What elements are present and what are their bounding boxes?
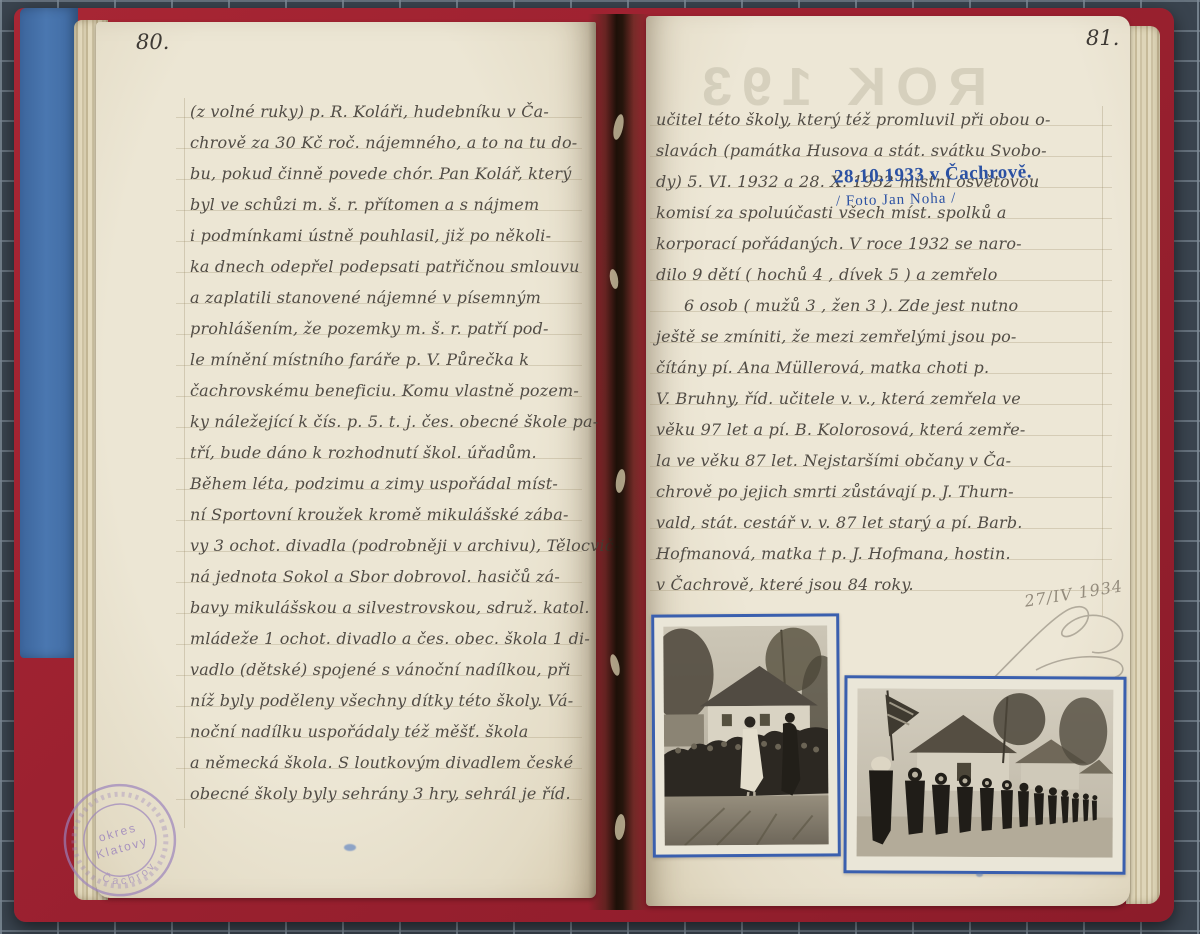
handwriting-line: byl ve schůzi m. š. r. přítomen a s nájm… [190,189,590,220]
handwriting-line: vy 3 ochot. divadla (podrobněji v archiv… [190,530,590,561]
margin-line [184,98,185,828]
outbuilding [664,714,704,746]
woman-head [744,716,755,727]
handwriting-line: ná jednota Sokol a Sbor dobrovol. hasičů… [190,561,590,592]
handwriting-line: mládeže 1 ochot. divadlo a čes. obec. šk… [190,623,590,654]
handwriting-line: ní Sportovní kroužek kromě mikulášské zá… [190,499,590,530]
handwriting-line: (z volné ruky) p. R. Koláři, hudebníku v… [190,96,590,127]
man-head [785,713,795,723]
helmet [871,756,891,772]
handwriting-line: bu, pokud činně povede chór. Pan Kolář, … [190,158,590,189]
photo-caption-photographer: / Foto Jan Noha / [836,190,957,210]
photo-frame-left [651,613,841,857]
handwriting-line: vald, stát. cestář v. v. 87 let starý a … [656,507,1106,538]
house-window [760,714,770,726]
dirt-road [664,795,828,845]
handwriting-line: bavy mikulášskou a silvestrovskou, sdruž… [190,592,590,623]
page-80: 80. (z volné ruky) p. R. Koláři, hudební… [96,22,596,898]
handwriting-line: Hofmanová, matka † p. J. Hofmana, hostin… [656,538,1106,569]
handwriting-line: níž byly poděleny všechny dítky této ško… [190,685,590,716]
torn-paper-shred [614,468,626,493]
torn-paper-shred [608,268,619,289]
tree-center [993,693,1045,745]
handwriting-line: i podmínkami ústně pouhlasil, již po něk… [190,220,590,251]
handwriting-line: Během léta, podzimu a zimy uspořádal mís… [190,468,590,499]
handwriting-line: ka dnech odepřel podepsati patřičnou sml… [190,251,590,282]
handwriting-line: věku 97 let a pí. B. Kolorosová, která z… [656,414,1106,445]
handwriting-line: a německá škola. S loutkovým divadlem če… [190,747,590,778]
handwriting-line: V. Bruhny, říd. učitele v. v., která zem… [656,383,1106,414]
handwriting-line: noční nadílku uspořádaly též měšť. škola [190,716,590,747]
handwriting-line: obecné školy byly sehrány 3 hry, sehrál … [190,778,590,809]
handwriting-line: korporací pořádaných. V roce 1932 se nar… [656,228,1106,259]
photo-crowd-ceremony [663,625,829,845]
binding-gutter [588,14,650,910]
torn-paper-shred [614,814,627,841]
page-number-left: 80. [136,30,169,54]
handwriting-line: čítány pí. Ana Müllerová, matka choti p. [656,352,1106,383]
handwriting-line: prohlášením, že pozemky m. š. r. patří p… [190,313,590,344]
handwriting-line: učitel této školy, který též promluvil p… [656,104,1106,135]
tree-right [1059,697,1107,765]
ink-smudge [976,872,983,877]
handwriting-line: a zaplatili stanovené nájemné v písemným [190,282,590,313]
handwriting-line: vadlo (dětské) spojené s vánoční nadílko… [190,654,590,685]
handwriting-line: 6 osob ( mužů 3 , žen 3 ). Zde jest nutn… [656,290,1106,321]
book-spine-blue-cloth [20,8,78,658]
page-stack-edge-right [1126,26,1160,904]
house-wall-2 [1021,763,1079,789]
photo-frame-right [843,675,1126,874]
handwriting-line: chrově po jejich smrti zůstávají p. J. T… [656,476,1106,507]
handwriting-line: la ve věku 87 let. Nejstaršími občany v … [656,445,1106,476]
handwriting-line: slavách (památka Husova a stát. svátku S… [656,135,1106,166]
handwriting-line: le mínění místního faráře p. V. Půrečka … [190,344,590,375]
handwriting-line: ky náležející k čís. p. 5. t. j. čes. ob… [190,406,590,437]
handwriting-line: ještě se zmíniti, že mezi zemřelými jsou… [656,321,1106,352]
scanned-chronicle-photo: { "book": { "left_page": { "page_number"… [0,0,1200,934]
handwriting-line: chrově za 30 Kč roč. nájemného, a to na … [190,127,590,158]
page-number-right: 81. [1086,26,1119,50]
ink-blot [344,844,356,851]
torn-paper-shred [608,653,621,676]
house-window [722,714,732,726]
torn-paper-shred [611,113,625,140]
page-81: 81. ROK 193 učitel této školy, který též… [646,16,1130,906]
handwriting-line: tří, bude dáno k rozhodnutí škol. úřadům… [190,437,590,468]
photo-firemen-parade [857,688,1114,857]
handwritten-text-block: (z volné ruky) p. R. Koláři, hudebníku v… [190,96,590,809]
handwriting-line: dilo 9 dětí ( hochů 4 , dívek 5 ) a zemř… [656,259,1106,290]
handwriting-line: čachrovskému beneficiu. Komu vlastně poz… [190,375,590,406]
